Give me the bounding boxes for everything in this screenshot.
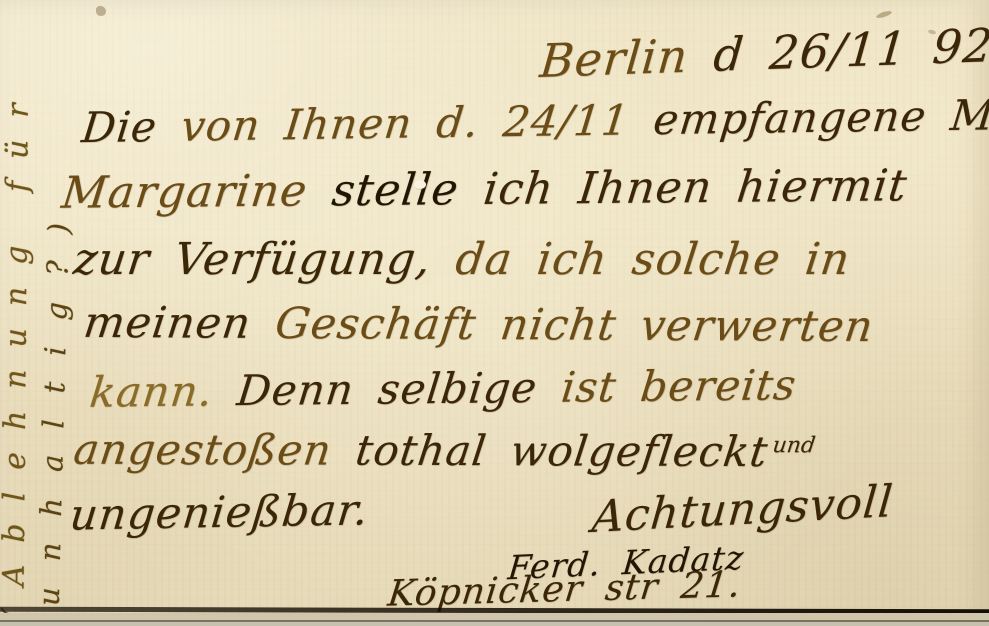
body-line-2-seg: ich Ihnen hiermit (481, 160, 910, 215)
body-line-7-seg: ungenießbar. (67, 485, 371, 540)
body-line-5-seg: Denn selbige (235, 363, 565, 415)
dateline-place: Berlin (538, 28, 716, 88)
body-line-3-seg: da ich solche in (453, 234, 853, 285)
body-line-4-seg: meinen (81, 298, 279, 349)
card-edge-margin (0, 622, 989, 626)
postcard-scan: (Ablehnung für unhaltig?) Berlin d 26/11… (0, 0, 989, 626)
body-line-3-seg: zur Verfügung, (71, 234, 459, 285)
body-line-1-seg: Die (79, 102, 184, 152)
body-line-1-seg: empfangene Menge (651, 89, 989, 144)
margin-note-line-1: (Ablehnung für (0, 20, 35, 620)
body-line-5-seg: kann. (87, 366, 240, 417)
body-line-2-seg: Margarine (59, 165, 335, 218)
ink-speck (876, 10, 893, 20)
closing: Achtungsvoll (590, 480, 895, 540)
body-line-2: Margarine stelle ich Ihnen hiermit (60, 164, 910, 215)
body-line-1-seg: von Ihnen d. 24/11 (179, 95, 657, 151)
body-line-1: Die von Ihnen d. 24/11 empfangene Menge (80, 93, 989, 149)
body-line-6-seg: tothal wolgefleckt (353, 426, 771, 476)
closing-text: Achtungsvoll (590, 476, 895, 543)
address-line: Köpnicker str 21. (386, 567, 743, 612)
body-line-4-seg: Geschäft nicht verwerten (272, 299, 876, 352)
dateline: Berlin d 26/11 92 (538, 22, 989, 84)
body-line-4: meinen Geschäft nicht verwerten (81, 302, 876, 349)
body-line-7: ungenießbar. (68, 489, 371, 537)
body-line-6: angestoßen tothal wolgeflecktund (71, 429, 817, 474)
body-line-3: zur Verfügung, da ich solche in (71, 238, 852, 282)
body-line-2-seg: stelle (329, 164, 486, 216)
body-line-5: kann. Denn selbige ist bereits (88, 364, 799, 413)
body-line-6-seg: angestoßen (71, 425, 359, 475)
dateline-date: d 26/11 92 (711, 18, 989, 82)
paper-chip (414, 180, 426, 189)
ink-speck (96, 6, 106, 16)
body-line-5-seg: ist bereits (559, 360, 799, 412)
superscript-und: und (771, 433, 817, 458)
